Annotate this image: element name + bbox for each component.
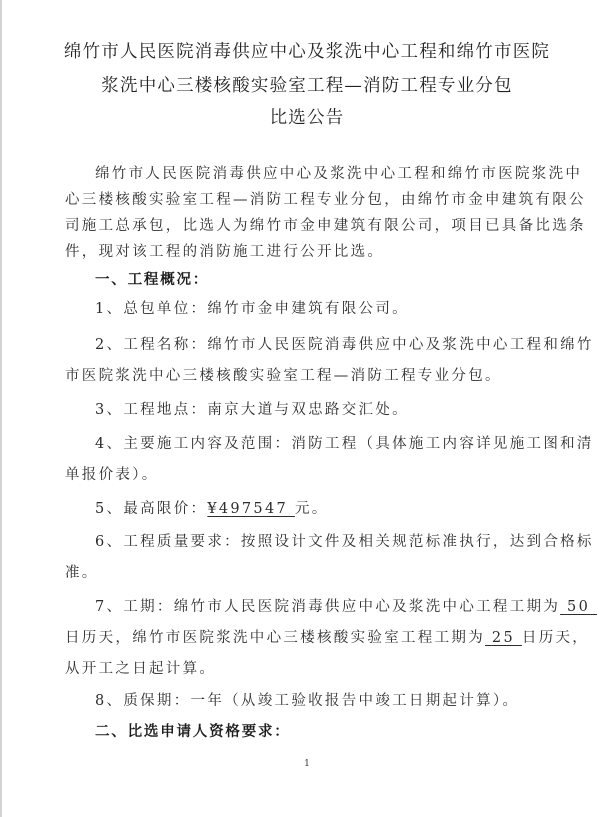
- item-4-line-1: 4、主要施工内容及范围：消防工程（具体施工内容详见施工图和清: [95, 432, 595, 453]
- item-7-text-2: 日历天，绵竹市医院浆洗中心三楼核酸实验室工程工期为: [65, 630, 485, 646]
- item-6-line-1: 6、工程质量要求：按照设计文件及相关规范标准执行，达到合格标: [95, 530, 595, 551]
- item-7-text-3: 日历天，: [522, 630, 589, 646]
- section-heading-overview: 一、工程概况：: [95, 268, 595, 289]
- max-price-amount: ¥497547: [207, 501, 288, 517]
- item-5-label: 5、最高限价：: [95, 501, 207, 517]
- intro-line-1: 绵竹市人民医院消毒供应中心及浆洗中心工程和绵竹市医院浆洗中: [95, 162, 595, 183]
- title-line-3: 比选公告: [0, 104, 614, 129]
- item-2-line-1: 2、工程名称：绵竹市人民医院消毒供应中心及浆洗中心工程和绵竹: [95, 333, 595, 354]
- item-5-unit: 元。: [295, 501, 329, 517]
- intro-line-4: 件，现对该工程的消防施工进行公开比选。: [65, 240, 565, 261]
- item-1: 1、总包单位：绵竹市金申建筑有限公司。: [95, 297, 595, 318]
- title-line-1: 绵竹市人民医院消毒供应中心及浆洗中心工程和绵竹市医院: [0, 38, 614, 63]
- item-2-line-2: 市医院浆洗中心三楼核酸实验室工程—消防工程专业分包。: [65, 364, 565, 385]
- item-7-line-1: 7、工期：绵竹市人民医院消毒供应中心及浆洗中心工程工期为 50: [95, 595, 595, 616]
- item-4-line-2: 单报价表）。: [65, 463, 565, 484]
- item-3: 3、工程地点：南京大道与双忠路交汇处。: [95, 398, 595, 419]
- item-7-line-3: 从开工之日起计算。: [65, 657, 565, 678]
- section-heading-qualifications: 二、比选申请人资格要求：: [95, 720, 595, 741]
- item-8: 8、质保期：一年（从竣工验收报告中竣工日期起计算）。: [95, 689, 595, 710]
- intro-line-2: 心三楼核酸实验室工程—消防工程专业分包，由绵竹市金申建筑有限公: [65, 188, 565, 209]
- intro-line-3: 司施工总承包，比选人为绵竹市金申建筑有限公司，项目已具备比选条: [65, 214, 565, 235]
- item-7-line-2: 日历天，绵竹市医院浆洗中心三楼核酸实验室工程工期为 25 日历天，: [65, 626, 565, 647]
- item-7-text: 7、工期：绵竹市人民医院消毒供应中心及浆洗中心工程工期为: [95, 599, 560, 615]
- title-line-2: 浆洗中心三楼核酸实验室工程—消防工程专业分包: [0, 72, 614, 97]
- item-6-line-2: 准。: [65, 561, 565, 582]
- document-page: 绵竹市人民医院消毒供应中心及浆洗中心工程和绵竹市医院 浆洗中心三楼核酸实验室工程…: [0, 0, 614, 817]
- duration-days-2: 25: [492, 630, 515, 646]
- duration-days-1: 50: [567, 599, 590, 615]
- item-5: 5、最高限价：¥497547 元。: [95, 497, 595, 518]
- page-number: 1: [0, 759, 614, 769]
